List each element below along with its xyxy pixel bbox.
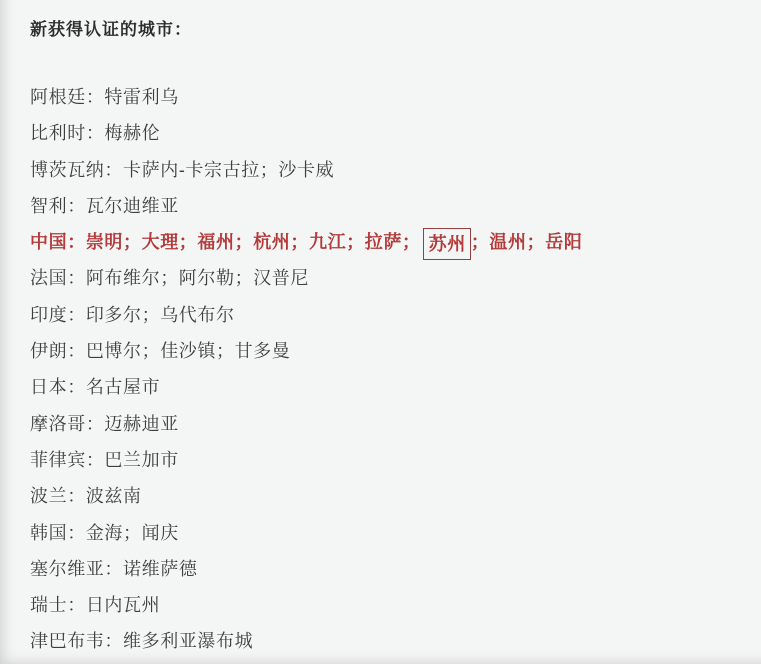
country-name: 日本 (30, 377, 67, 397)
country-name: 津巴布韦 (30, 631, 104, 651)
country-name: 智利 (30, 196, 67, 216)
country-name: 塞尔维亚 (30, 559, 104, 579)
article-body: 新获得认证的城市： 阿根廷：特雷利乌 比利时：梅赫伦 博茨瓦纳：卡萨内-卡宗古拉… (30, 20, 733, 660)
country-name: 瑞士 (30, 595, 67, 615)
city-list: 巴兰加市 (104, 450, 178, 470)
city-list-before-box: 崇明；大理；福州；杭州；九江；拉萨； (86, 232, 421, 252)
country-name: 波兰 (30, 486, 67, 506)
country-name: 摩洛哥 (30, 414, 86, 434)
colon-separator: ： (67, 232, 86, 252)
row-botswana: 博茨瓦纳：卡萨内-卡宗古拉；沙卡威 (30, 152, 733, 188)
city-list: 波兹南 (86, 486, 142, 506)
colon-separator: ： (67, 523, 86, 543)
colon-separator: ： (86, 450, 105, 470)
city-list: 梅赫伦 (104, 123, 160, 143)
colon-separator: ： (67, 595, 86, 615)
certified-cities-list: 阿根廷：特雷利乌 比利时：梅赫伦 博茨瓦纳：卡萨内-卡宗古拉；沙卡威 智利：瓦尔… (30, 79, 733, 660)
row-zimbabwe: 津巴布韦：维多利亚瀑布城 (30, 623, 733, 659)
row-south-korea: 韩国：金海；闻庆 (30, 515, 733, 551)
city-list: 特雷利乌 (104, 87, 178, 107)
city-list: 金海；闻庆 (86, 523, 179, 543)
country-name: 伊朗 (30, 341, 67, 361)
country-name: 法国 (30, 268, 67, 288)
country-name: 菲律宾 (30, 450, 86, 470)
row-switzerland: 瑞士：日内瓦州 (30, 587, 733, 623)
colon-separator: ： (67, 341, 86, 361)
country-name: 韩国 (30, 523, 67, 543)
row-poland: 波兰：波兹南 (30, 478, 733, 514)
country-name: 印度 (30, 305, 67, 325)
city-list: 瓦尔迪维亚 (86, 196, 179, 216)
row-morocco: 摩洛哥：迈赫迪亚 (30, 406, 733, 442)
row-japan: 日本：名古屋市 (30, 369, 733, 405)
country-name: 阿根廷 (30, 87, 86, 107)
city-list: 卡萨内-卡宗古拉；沙卡威 (123, 160, 334, 180)
colon-separator: ： (86, 123, 105, 143)
row-belgium: 比利时：梅赫伦 (30, 115, 733, 151)
colon-separator: ： (67, 305, 86, 325)
colon-separator: ： (67, 377, 86, 397)
row-france: 法国：阿布维尔；阿尔勒；汉普尼 (30, 260, 733, 296)
city-list: 阿布维尔；阿尔勒；汉普尼 (86, 268, 309, 288)
colon-separator: ： (67, 268, 86, 288)
colon-separator: ： (67, 486, 86, 506)
city-list: 日内瓦州 (86, 595, 160, 615)
row-argentina: 阿根廷：特雷利乌 (30, 79, 733, 115)
country-name: 博茨瓦纳 (30, 160, 104, 180)
colon-separator: ： (104, 631, 123, 651)
city-list: 迈赫迪亚 (104, 414, 178, 434)
row-india: 印度：印多尔；乌代布尔 (30, 297, 733, 333)
page-title: 新获得认证的城市： (30, 20, 733, 39)
row-china: 中国：崇明；大理；福州；杭州；九江；拉萨；苏州；温州；岳阳 (30, 224, 733, 260)
country-name: 中国 (30, 232, 67, 252)
country-name: 比利时 (30, 123, 86, 143)
colon-separator: ： (67, 196, 86, 216)
colon-separator: ： (86, 414, 105, 434)
city-list: 印多尔；乌代布尔 (86, 305, 235, 325)
city-list-after-box: ；温州；岳阳 (471, 232, 583, 252)
colon-separator: ： (104, 160, 123, 180)
city-list: 名古屋市 (86, 377, 160, 397)
row-chile: 智利：瓦尔迪维亚 (30, 188, 733, 224)
colon-separator: ： (104, 559, 123, 579)
boxed-city-suzhou: 苏州 (423, 228, 471, 260)
row-iran: 伊朗：巴博尔；佳沙镇；甘多曼 (30, 333, 733, 369)
row-philippines: 菲律宾：巴兰加市 (30, 442, 733, 478)
row-serbia: 塞尔维亚：诺维萨德 (30, 551, 733, 587)
colon-separator: ： (86, 87, 105, 107)
city-list: 诺维萨德 (123, 559, 197, 579)
city-list: 维多利亚瀑布城 (123, 631, 253, 651)
city-list: 巴博尔；佳沙镇；甘多曼 (86, 341, 291, 361)
